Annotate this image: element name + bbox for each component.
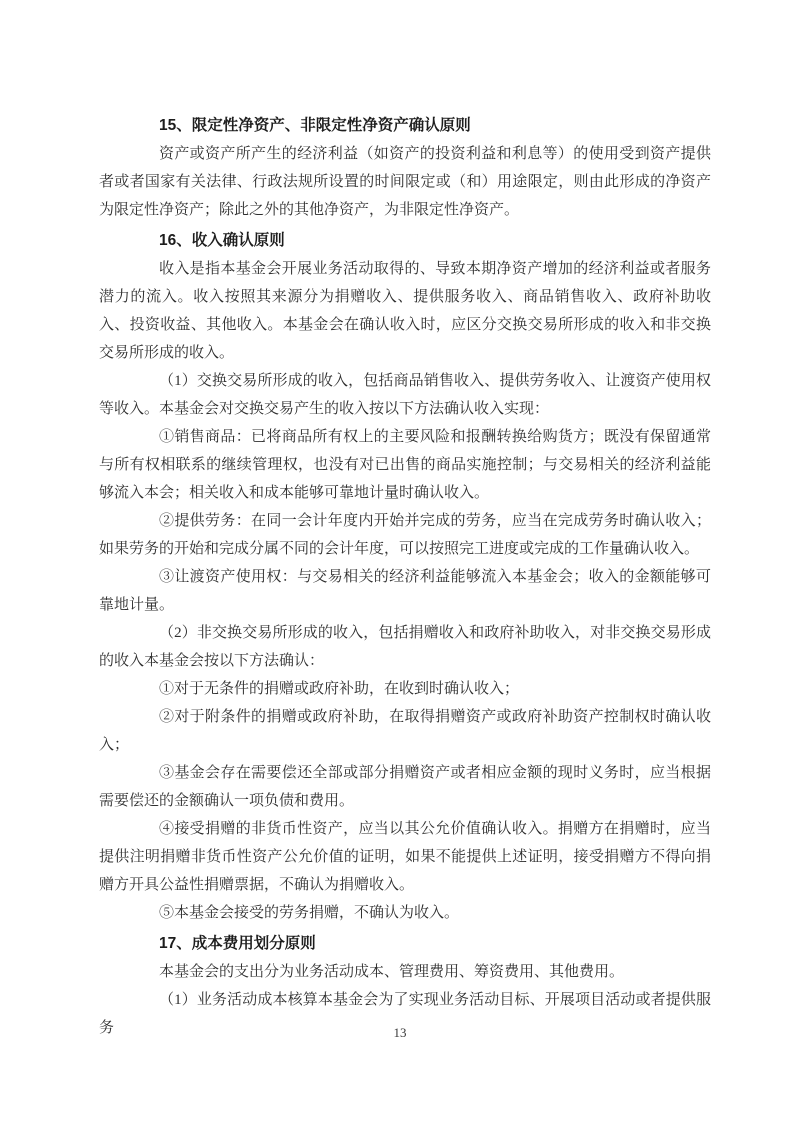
paragraph: ③让渡资产使用权：与交易相关的经济利益能够流入本基金会；收入的金额能够可靠地计量… [99,563,711,619]
paragraph: 收入是指本基金会开展业务活动取得的、导致本期净资产增加的经济利益或者服务潜力的流… [99,255,711,367]
page-number: 13 [0,1024,800,1042]
document-page: 15、限定性净资产、非限定性净资产确认原则资产或资产所产生的经济利益（如资产的投… [0,0,800,1131]
paragraph: ⑤本基金会接受的劳务捐赠，不确认为收入。 [99,899,711,927]
section-heading: 15、限定性净资产、非限定性净资产确认原则 [99,112,711,140]
paragraph: ①对于无条件的捐赠或政府补助，在收到时确认收入； [99,675,711,703]
paragraph: 本基金会的支出分为业务活动成本、管理费用、筹资费用、其他费用。 [99,958,711,986]
paragraph: ②提供劳务：在同一会计年度内开始并完成的劳务，应当在完成劳务时确认收入；如果劳务… [99,507,711,563]
section-heading: 17、成本费用划分原则 [99,930,711,958]
paragraph: 资产或资产所产生的经济利益（如资产的投资利益和利息等）的使用受到资产提供者或者国… [99,140,711,224]
document-body: 15、限定性净资产、非限定性净资产确认原则资产或资产所产生的经济利益（如资产的投… [99,112,711,1042]
paragraph: （1）交换交易所形成的收入，包括商品销售收入、提供劳务收入、让渡资产使用权等收入… [99,367,711,423]
section-heading: 16、收入确认原则 [99,227,711,255]
paragraph: （2）非交换交易所形成的收入，包括捐赠收入和政府补助收入，对非交换交易形成的收入… [99,619,711,675]
paragraph: ①销售商品：已将商品所有权上的主要风险和报酬转换给购货方；既没有保留通常与所有权… [99,423,711,507]
paragraph: ②对于附条件的捐赠或政府补助，在取得捐赠资产或政府补助资产控制权时确认收入； [99,703,711,759]
paragraph: ④接受捐赠的非货币性资产，应当以其公允价值确认收入。捐赠方在捐赠时，应当提供注明… [99,815,711,899]
paragraph: ③基金会存在需要偿还全部或部分捐赠资产或者相应金额的现时义务时，应当根据需要偿还… [99,759,711,815]
